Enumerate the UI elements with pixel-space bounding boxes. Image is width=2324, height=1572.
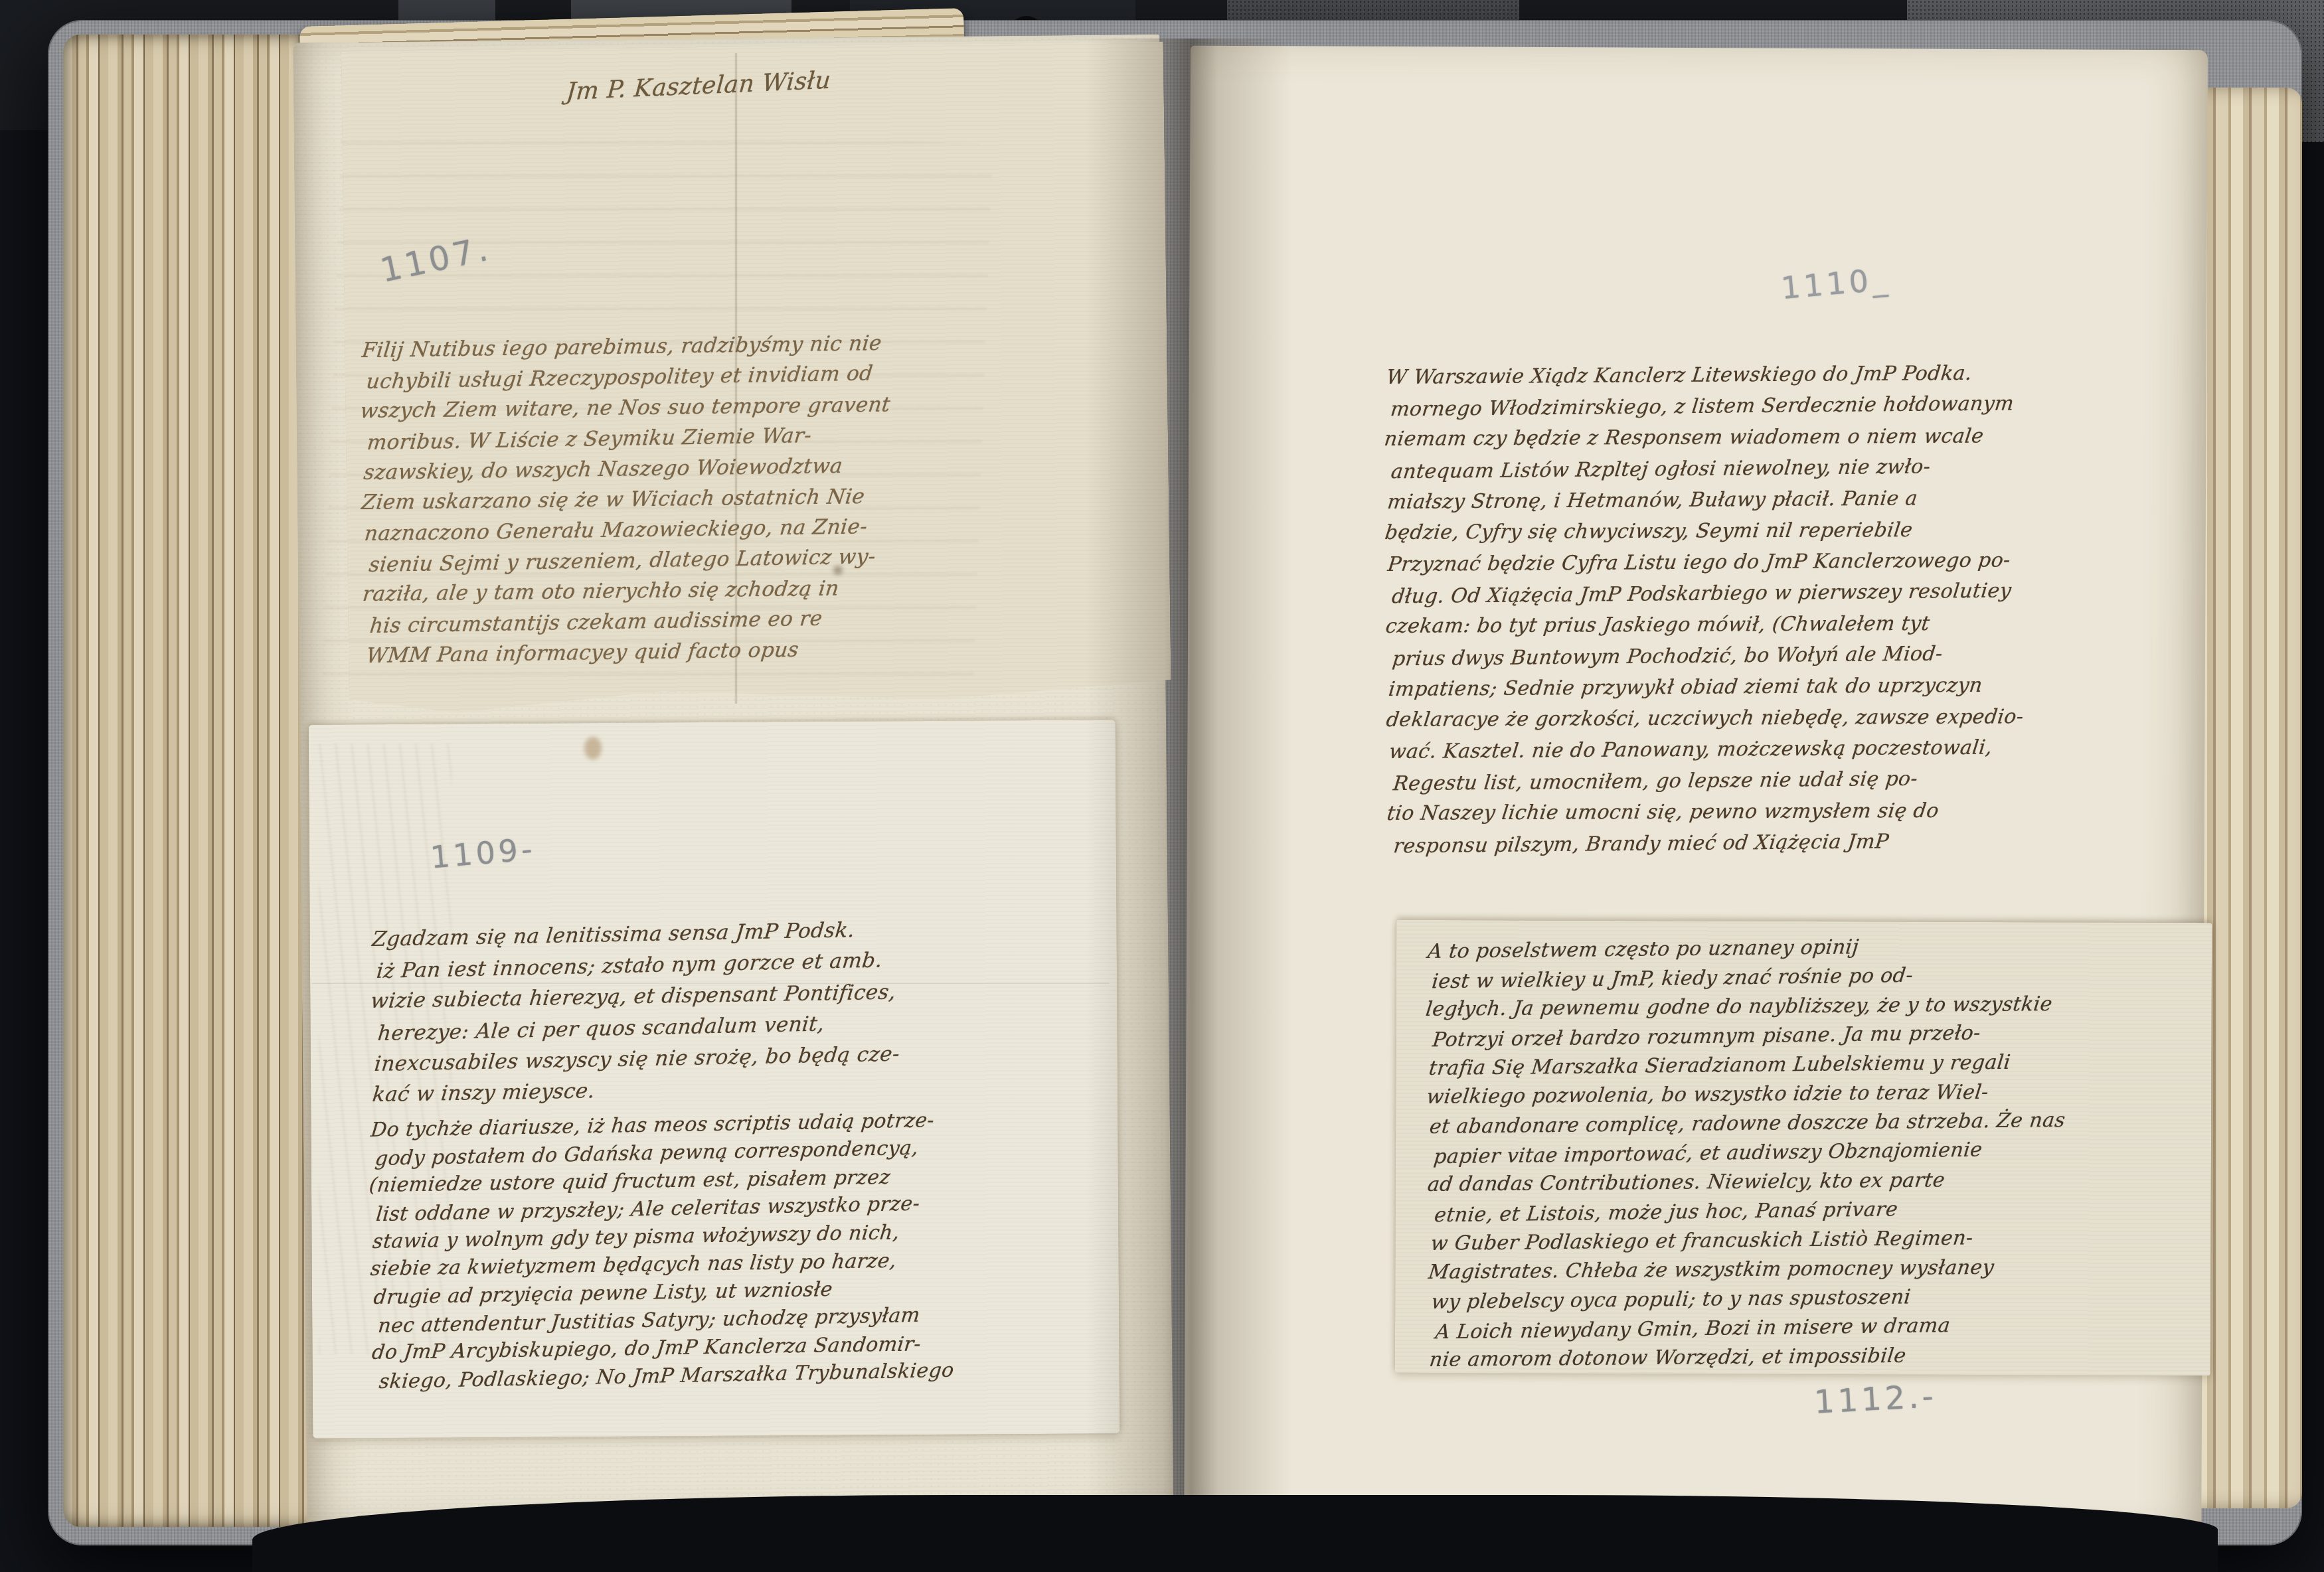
handwritten-line: impatiens; Sednie przywykł obiad ziemi t… [1387, 668, 2101, 705]
folio-1110-text: W Warszawie Xiądz Kanclerz Litewskiego d… [1386, 357, 2100, 861]
paper-stain [584, 737, 602, 759]
handwritten-line: tio Naszey lichie umocni się, pewno wzmy… [1385, 795, 2100, 829]
handwritten-line: deklaracye że gorzkości, uczciwych niebę… [1384, 701, 2099, 736]
handwritten-line: będzie, Cyfry się chwyciwszy, Seymi nil … [1383, 514, 2098, 548]
folio-1112-text: A to poselstwem często po uznaney opinij… [1428, 930, 2149, 1375]
folio-1109-paragraph-2: Do tychże diariusze, iż has meos scripti… [371, 1106, 999, 1395]
handwritten-line: nie amorom dotonow Worzędzi, et impossib… [1428, 1340, 2148, 1375]
handwritten-line: niemam czy będzie z Responsem wiadomem o… [1382, 420, 2097, 455]
folio-number-1112: 1112.- [1813, 1377, 1938, 1421]
archival-manuscript-photo: Jm P. Kasztelan Wisłu 1107. Filij Nutibu… [0, 0, 2324, 1572]
table-surface-bottom [252, 1495, 2218, 1572]
book-gutter-shadow [1086, 39, 1292, 1549]
handwritten-line: responsu pilszym, Brandy mieć od Xiążęci… [1392, 824, 2106, 862]
folio-1107-text: Filij Nutibus iego parebimus, radzibyśmy… [362, 327, 957, 671]
handwritten-line: czekam: bo tyt prius Jaskiego mówił, (Ch… [1384, 607, 2098, 642]
handwritten-line: Regestu list, umocniłem, go lepsze nie u… [1392, 761, 2106, 799]
handwritten-line: dług. Od Xiążęcia JmP Podskarbiego w pie… [1390, 574, 2105, 612]
handwritten-line: mornego Włodzimirskiego, z listem Serdec… [1389, 387, 2104, 425]
folio-1109-paragraph-1: Zgadzam się na lenitissima sensa JmP Pod… [372, 912, 993, 1111]
handwritten-line: miałszy Stronę, i Hetmanów, Buławy płaci… [1386, 482, 2100, 518]
